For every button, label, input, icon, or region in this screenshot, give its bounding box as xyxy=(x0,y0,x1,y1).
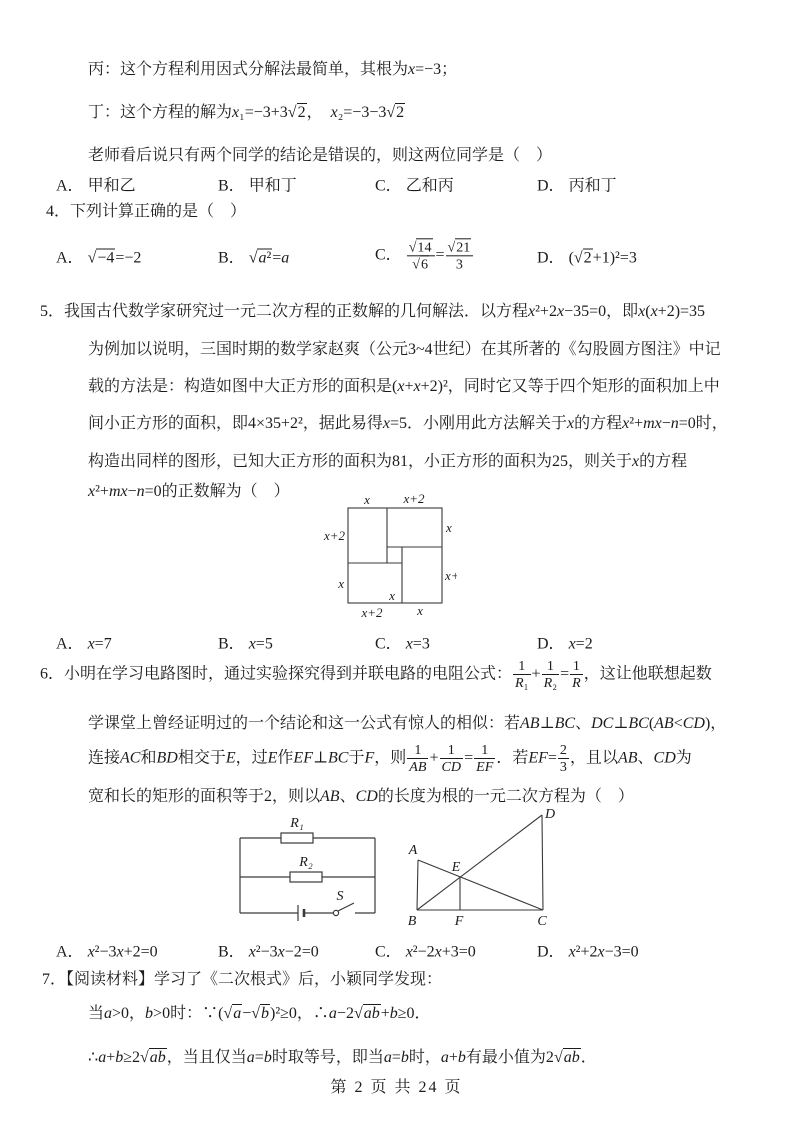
options-row-q3: A．甲和乙 B．甲和丁 C．乙和丙 D．丙和丁 xyxy=(0,172,793,196)
label-r2: R₂ xyxy=(298,855,313,870)
option-c: C．x=3 xyxy=(375,631,430,654)
point-label-d: D xyxy=(544,807,555,822)
option-value: 乙和丙 xyxy=(406,178,454,195)
big-square xyxy=(348,508,442,603)
figure-label: x xyxy=(388,588,395,603)
option-value: x²−3x+2=0 xyxy=(88,944,158,961)
question-7-line: ∴a+b≥2√ab，当且仅当a=b时取等号，即当a=b时，a+b有最小值为2√a… xyxy=(88,1046,597,1070)
circuit-figure: R₁ R₂ S xyxy=(235,810,385,935)
option-label: A． xyxy=(56,250,84,267)
option-d: D．x²+2x−3=0 xyxy=(537,939,639,962)
option-value: 甲和乙 xyxy=(88,178,136,195)
question-6-line: 学课堂上曾经证明过的一个结论和这一公式有惊人的相似：若AB⊥BC、DC⊥BC(A… xyxy=(88,712,726,736)
label-r1: R₁ xyxy=(289,816,303,831)
option-label: D． xyxy=(537,636,565,653)
options-row-q6: A．x²−3x+2=0 B．x²−3x−2=0 C．x²−2x+3=0 D．x²… xyxy=(0,938,793,962)
switch-lever xyxy=(338,903,354,911)
resistor-r2 xyxy=(290,872,322,882)
segment-dc xyxy=(542,815,543,910)
question-5-line: 载的方法是：构造如图中大正方形的面积是(x+x+2)²，同时它又等于四个矩形的面… xyxy=(88,375,720,399)
option-value: 丙和丁 xyxy=(569,178,617,195)
option-value: x²+2x−3=0 xyxy=(569,944,639,961)
figure-label: x+2 xyxy=(402,491,425,506)
option-label: C． xyxy=(375,178,402,195)
option-label: A． xyxy=(56,178,84,195)
point-label-a: A xyxy=(408,843,418,858)
options-row-q4: A．√−4=−2 B．√a²=a C．√14√6=√213 D．(√2+1)²=… xyxy=(0,228,793,284)
option-label: B． xyxy=(218,944,245,961)
option-label: C． xyxy=(375,247,402,264)
figure-label: x xyxy=(337,576,344,591)
point-label-e: E xyxy=(451,860,461,875)
geometry-figure: A B C D E F xyxy=(403,803,578,938)
question-6-line: 6．小明在学习电路图时，通过实验探究得到并联电路的电阻公式：1R₁+1R₂=1R… xyxy=(40,658,712,691)
resistor-r1 xyxy=(281,833,313,843)
question-5-line: x²+mx−n=0的正数解为（ ） xyxy=(88,480,290,504)
figure-label: x+2 xyxy=(444,568,457,583)
option-value: x²−2x+3=0 xyxy=(406,944,476,961)
question-5-line: 为例加以说明，三国时期的数学家赵爽（公元3~4世纪）在其所著的《勾股圆方图注》中… xyxy=(88,338,721,362)
figure-label: x xyxy=(445,520,452,535)
question-6-line: 连接AC和BD相交于E，过E作EF⊥BC于F，则1AB+1CD=1EF．若EF=… xyxy=(88,742,692,775)
question-7-line: 当a>0，b>0时：∵(√a−√b)²≥0，∴a−2√ab+b≥0． xyxy=(88,1002,431,1026)
option-label: C． xyxy=(375,944,402,961)
switch-pivot xyxy=(333,910,338,915)
question-5-line: 间小正方形的面积，即4×35+2²，据此易得x=5．小刚用此方法解关于x的方程x… xyxy=(88,412,728,436)
question-5-line: 构造出同样的图形，已知大正方形的面积为81，小正方形的面积为25，则关于x的方程 xyxy=(88,450,687,474)
option-b: B．√a²=a xyxy=(218,245,289,268)
point-label-c: C xyxy=(537,914,547,929)
figure-label: x xyxy=(416,603,423,618)
option-value: √−4=−2 xyxy=(88,249,142,267)
option-label: B． xyxy=(218,636,245,653)
option-label: B． xyxy=(218,178,245,195)
label-switch: S xyxy=(337,889,344,904)
pinwheel-figure: x x+2 x+2 x x x+2 x+2 x x xyxy=(322,490,457,630)
option-b: B．x²−3x−2=0 xyxy=(218,939,319,962)
figure-label: x+2 xyxy=(323,528,346,543)
option-d: D．(√2+1)²=3 xyxy=(537,245,637,268)
option-a: A．x²−3x+2=0 xyxy=(56,939,158,962)
option-value: √14√6=√213 xyxy=(406,247,475,264)
segment-ab xyxy=(417,860,418,910)
option-value: x=2 xyxy=(569,636,593,653)
option-label: A． xyxy=(56,636,84,653)
option-label: C． xyxy=(375,636,402,653)
teacher-conclusion-line: 老师看后说只有两个同学的结论是错误的，则这两位同学是（ ） xyxy=(88,144,552,168)
option-c: C．乙和丙 xyxy=(375,173,454,196)
question-4-stem: 4．下列计算正确的是（ ） xyxy=(46,200,246,224)
exam-page: 丙：这个方程利用因式分解法最简单，其根为x=−3； 丁：这个方程的解为x₁=−3… xyxy=(0,0,793,1122)
point-label-b: B xyxy=(408,914,417,929)
option-d: D．丙和丁 xyxy=(537,173,617,196)
option-d: D．x=2 xyxy=(537,631,593,654)
question-5-line: 5．我国古代数学家研究过一元二次方程的正数解的几何解法．以方程x²+2x−35=… xyxy=(40,300,705,324)
option-a: A．x=7 xyxy=(56,631,112,654)
figure-label: x+2 xyxy=(360,605,383,620)
segment-bd xyxy=(417,815,542,910)
option-label: B． xyxy=(218,250,245,267)
option-label: D． xyxy=(537,250,565,267)
option-value: x=5 xyxy=(249,636,273,653)
option-value: x=7 xyxy=(88,636,112,653)
options-row-q5: A．x=7 B．x=5 C．x=3 D．x=2 xyxy=(0,630,793,654)
option-a: A．甲和乙 xyxy=(56,173,136,196)
point-label-f: F xyxy=(454,914,464,929)
option-b: B．x=5 xyxy=(218,631,273,654)
option-value: x²−3x−2=0 xyxy=(249,944,319,961)
statement-ding: 丁：这个方程的解为x₁=−3+3√2， x₂=−3−3√2 xyxy=(88,101,405,125)
option-value: 甲和丁 xyxy=(249,178,297,195)
option-label: A． xyxy=(56,944,84,961)
option-a: A．√−4=−2 xyxy=(56,245,141,268)
option-value: x=3 xyxy=(406,636,430,653)
option-label: D． xyxy=(537,944,565,961)
segment-ac xyxy=(418,860,543,910)
option-b: B．甲和丁 xyxy=(218,173,297,196)
option-c: C．√14√6=√213 xyxy=(375,239,474,272)
option-value: (√2+1)²=3 xyxy=(569,249,637,267)
option-value: √a²=a xyxy=(249,249,290,267)
figure-label: x xyxy=(363,492,370,507)
option-c: C．x²−2x+3=0 xyxy=(375,939,476,962)
question-7-line: 7．【阅读材料】学习了《二次根式》后，小颖同学发现： xyxy=(42,968,442,992)
option-label: D． xyxy=(537,178,565,195)
page-footer: 第 2 页 共 24 页 xyxy=(0,1074,793,1097)
statement-bing: 丙：这个方程利用因式分解法最简单，其根为x=−3； xyxy=(88,58,457,82)
